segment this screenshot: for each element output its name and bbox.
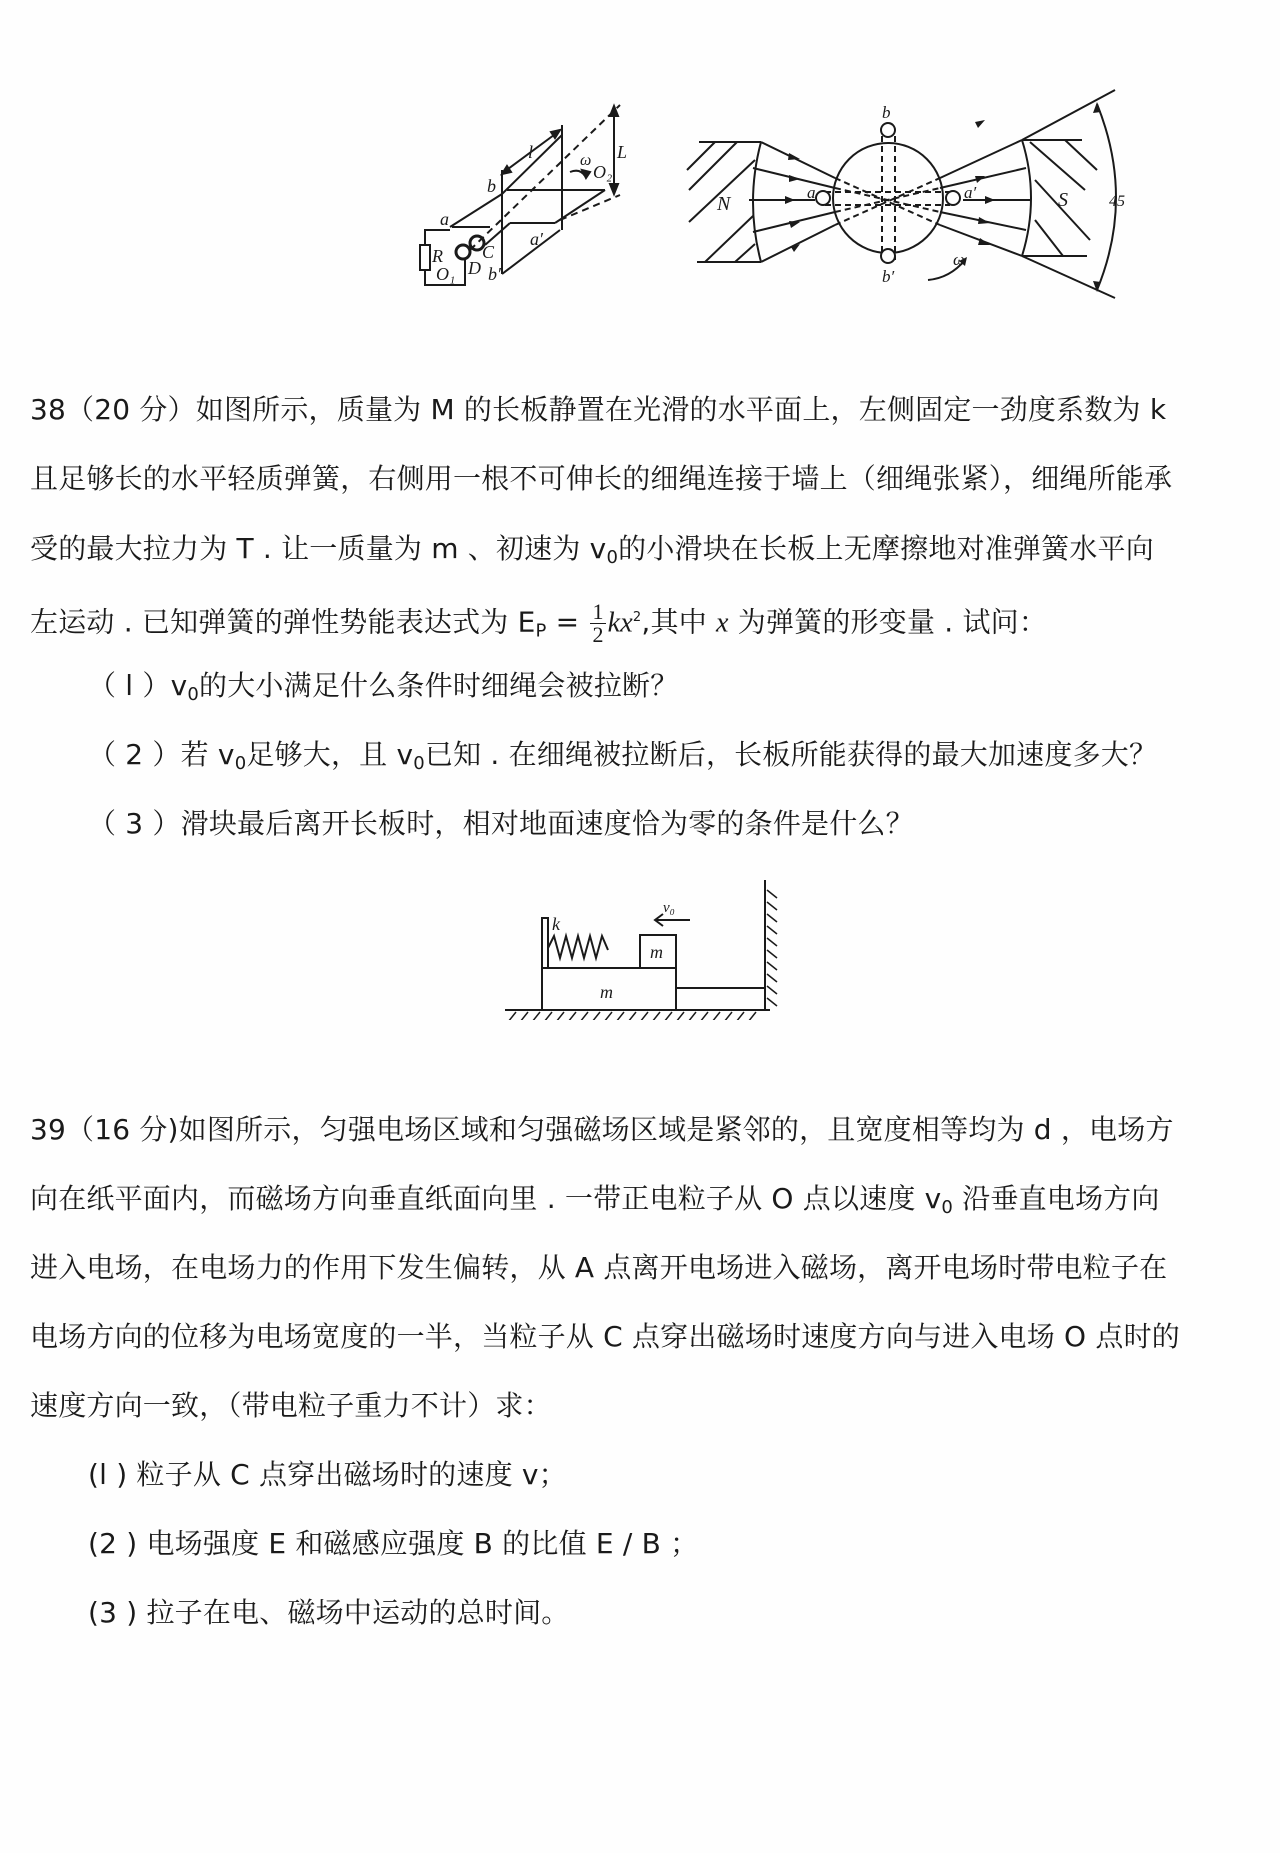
q39-sub-3: (3 ) 拉子在电、磁场中运动的总时间。 xyxy=(88,1595,569,1631)
label-omega: ω xyxy=(953,250,965,269)
label-b: b xyxy=(882,103,891,122)
generator-coil-figure: l b a a′ R C D b′ O₁ ω O₂ L xyxy=(410,90,650,300)
label-S: S xyxy=(1058,189,1068,211)
label-N: N xyxy=(716,193,732,215)
label-omega: ω xyxy=(580,152,591,169)
label-a-prime: a′ xyxy=(964,183,977,202)
label-O1: O₁ xyxy=(436,264,455,284)
label-L: L xyxy=(616,142,627,162)
q39-line-3: 进入电场，在电场力的作用下发生偏转，从 A 点离开电场进入磁场，离开电场时带电粒… xyxy=(30,1250,1167,1286)
spring-board-figure: k v₀ m m xyxy=(500,870,790,1020)
magnetic-field-figure: N S a a′ b b′ ω 45° xyxy=(685,80,1125,310)
q38-sub-2: （ 2 ）若 v0足够大，且 v0已知 . 在细绳被拉断后，长板所能获得的最大加… xyxy=(88,737,1157,782)
label-v0: v₀ xyxy=(663,900,675,916)
label-b-prime: b′ xyxy=(488,264,502,284)
label-board-mass: m xyxy=(600,982,613,1002)
label-R: R xyxy=(431,246,443,266)
q38-line-4: 左运动 . 已知弹簧的弹性势能表达式为 EP = 12kx2,其中 x 为弹簧的… xyxy=(30,600,1047,649)
q39-line-2: 向在纸平面内，而磁场方向垂直纸面向里 . 一带正电粒子从 O 点以速度 v0 沿… xyxy=(30,1181,1160,1226)
q38-line-2: 且足够长的水平轻质弹簧，右侧用一根不可伸长的细绳连接于墙上（细绳张紧），细绳所能… xyxy=(30,461,1172,497)
label-angle: 45° xyxy=(1109,193,1125,210)
label-k: k xyxy=(552,914,561,934)
label-a-prime: a′ xyxy=(530,229,544,249)
label-a: a xyxy=(440,209,449,229)
label-D: D xyxy=(467,258,481,278)
label-b: b xyxy=(487,176,496,196)
q38-sub-1: （ l ）v0的大小满足什么条件时细绳会被拉断？ xyxy=(88,668,678,713)
q39-line-5: 速度方向一致，（带电粒子重力不计）求： xyxy=(30,1388,552,1424)
q39-sub-1: (l ) 粒子从 C 点穿出磁场时的速度 v； xyxy=(88,1457,567,1493)
fraction-half: 12 xyxy=(590,601,605,646)
label-O2: O₂ xyxy=(593,162,612,182)
label-C: C xyxy=(482,242,495,262)
label-a: a xyxy=(807,183,816,202)
q39-line-4: 电场方向的位移为电场宽度的一半，当粒子从 C 点穿出磁场时速度方向与进入电场 O… xyxy=(30,1319,1180,1355)
label-block-mass: m xyxy=(650,942,663,962)
q39-sub-2: (2 ) 电场强度 E 和磁感应强度 B 的比值 E / B ； xyxy=(88,1526,698,1562)
q38-sub-3: （ 3 ）滑块最后离开长板时，相对地面速度恰为零的条件是什么？ xyxy=(88,806,914,842)
label-l: l xyxy=(528,142,533,162)
label-b-prime: b′ xyxy=(882,267,895,286)
q38-line-3: 受的最大拉力为 T . 让一质量为 m 、初速为 v0的小滑块在长板上无摩擦地对… xyxy=(30,531,1154,576)
q38-line-1: 38（20 分）如图所示，质量为 M 的长板静置在光滑的水平面上，左侧固定一劲度… xyxy=(30,392,1166,428)
q39-line-1: 39（16 分)如图所示，匀强电场区域和匀强磁场区域是紧邻的，且宽度相等均为 d… xyxy=(30,1112,1174,1148)
